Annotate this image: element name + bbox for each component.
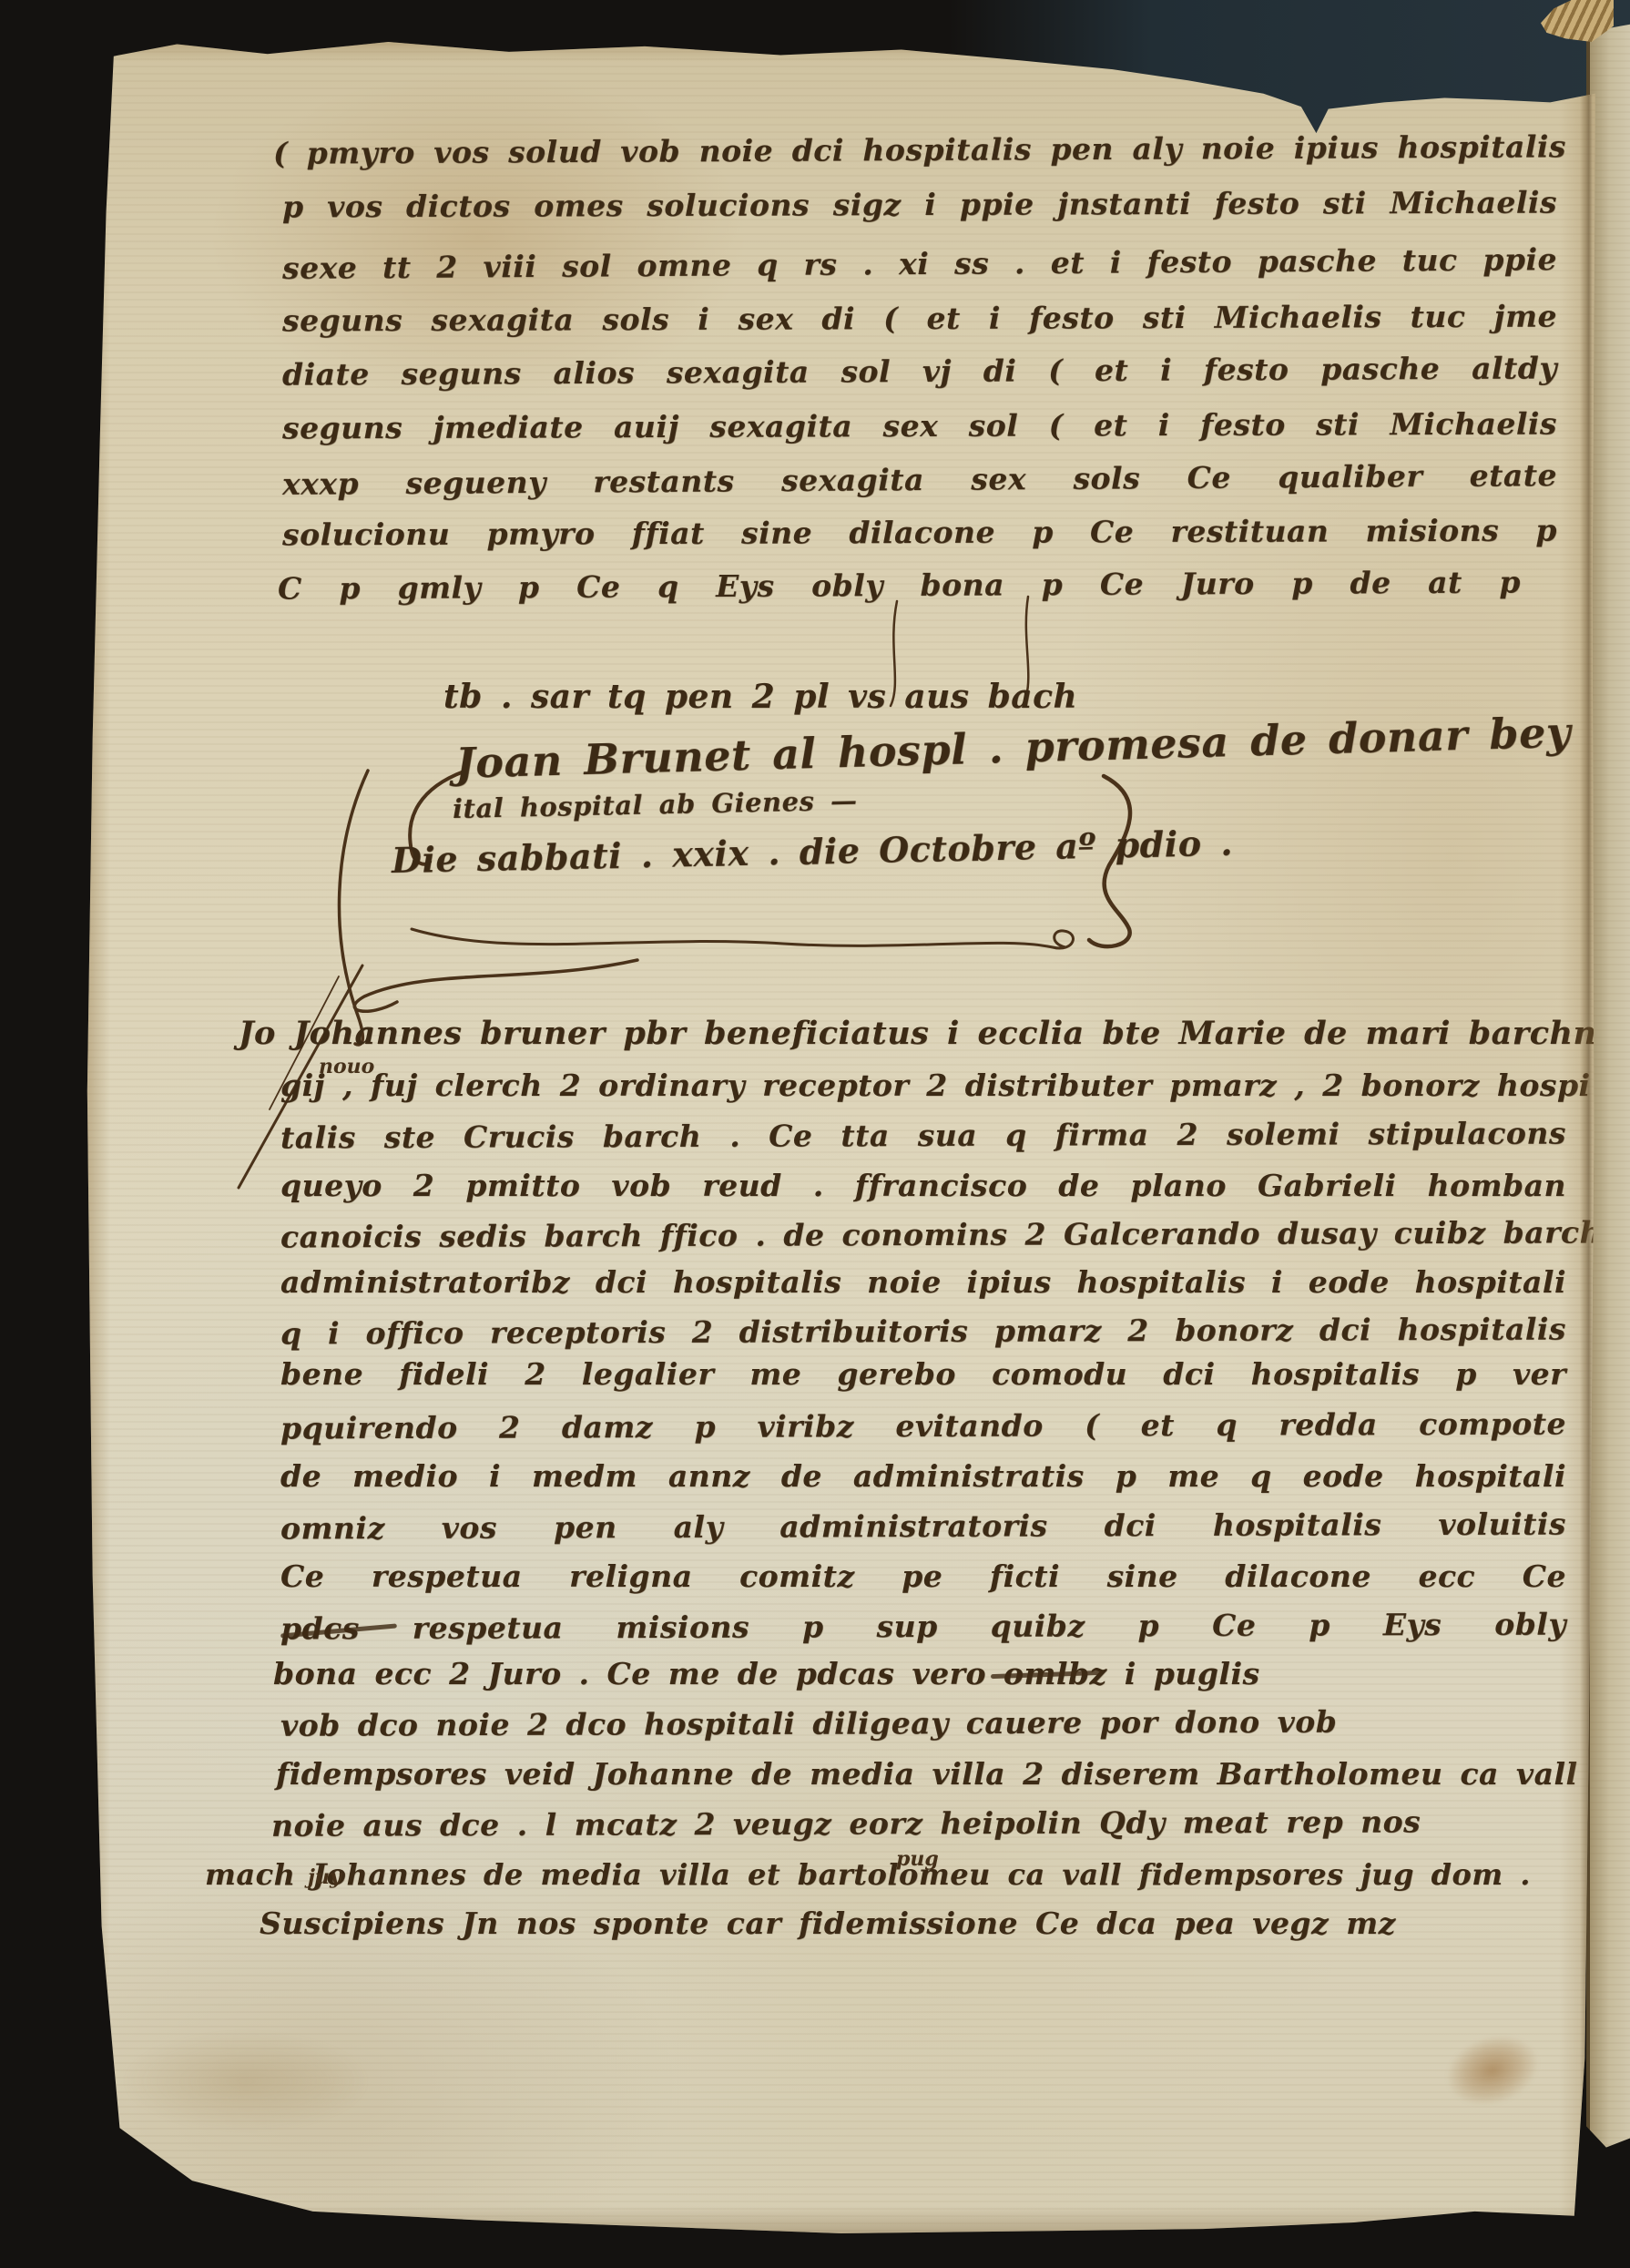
text-line: diate seguns alios sexagita sol vj di ( … xyxy=(282,350,1557,393)
text-line: C p gmly p Ce q Eys obly bona p Ce Juro … xyxy=(278,564,1521,607)
text-line: Jo Johannes bruner pbr beneficiatus i ec… xyxy=(239,1016,1586,1052)
text-line: talis ste Crucis barch . Ce tta sua q fi… xyxy=(280,1116,1566,1157)
text-line: Suscipiens Jn nos sponte car fidemission… xyxy=(260,1905,1202,1942)
text-line: administratoribz dci hospitalis noie ipi… xyxy=(280,1264,1566,1301)
text-line: noie aus dce . l mcatz 2 veugz eorz heip… xyxy=(271,1804,1229,1844)
text-line: vob dco noie 2 dco hospitali diligeay ca… xyxy=(280,1704,1202,1744)
text-line: de medio i medm annz de administratis p … xyxy=(280,1458,1566,1495)
text-line: queyo 2 pmitto vob reud . ffrancisco de … xyxy=(280,1168,1566,1204)
text-line: seguns sexagita sols i sex di ( et i fes… xyxy=(282,299,1557,340)
interlinear-insertion: juy xyxy=(308,1865,341,1889)
text-line: xxxp segueny restants sexagita sex sols … xyxy=(282,457,1557,503)
text-line: solucionu pmyro ffiat sine dilacone p Ce… xyxy=(282,513,1557,554)
text-line: p vos dictos omes solucions sigz i ppie … xyxy=(282,185,1557,226)
text-line: seguns jmediate auij sexagita sex sol ( … xyxy=(282,406,1557,447)
text-line: bene fideli 2 legalier me gerebo comodu … xyxy=(280,1356,1566,1393)
text-line: gij , fuj clerch 2 ordinary receptor 2 d… xyxy=(280,1068,1566,1104)
text-line: pquirendo 2 damz p viribz evitando ( et … xyxy=(280,1406,1566,1447)
text-line: q i offico receptoris 2 distribuitoris p… xyxy=(280,1312,1566,1353)
manuscript-photo: ( pmyro vos solud vob noie dci hospitali… xyxy=(0,0,1630,2268)
handwriting-layer: ( pmyro vos solud vob noie dci hospitali… xyxy=(87,36,1595,2233)
interlinear-insertion: pug xyxy=(896,1847,939,1871)
text-line: mach Johannes de media villa et bartolom… xyxy=(205,1856,1248,1893)
text-line: pdcs respetua misions p sup quibz p Ce p… xyxy=(280,1607,1566,1648)
manuscript-page: ( pmyro vos solud vob noie dci hospitali… xyxy=(87,36,1595,2233)
text-line: Ce respetua religna comitz pe ficti sine… xyxy=(280,1558,1566,1595)
docket-title-line: Joan Brunet al hospl . promesa de donar … xyxy=(454,720,1320,782)
interlinear-insertion: nouo xyxy=(319,1055,374,1078)
text-line: fidempsores veid Johanne de media villa … xyxy=(276,1756,1278,1793)
text-line: canoicis sedis barch ffico . de conomins… xyxy=(280,1215,1566,1256)
docket-date-line: Die sabbati . xxix . die Octobre aº pdio… xyxy=(392,828,1071,879)
docket-title-line: ital hospital ab Gienes — xyxy=(453,784,745,827)
text-line: sexe tt 2 viii sol omne q rs . xi ss . e… xyxy=(282,241,1557,287)
docket-jurat-line: tb . sar tq pen 2 pl vs aus bach xyxy=(443,679,835,715)
text-line: omniz vos pen aly administratoris dci ho… xyxy=(280,1507,1566,1548)
text-line: ( pmyro vos solud vob noie dci hospitali… xyxy=(273,128,1566,171)
